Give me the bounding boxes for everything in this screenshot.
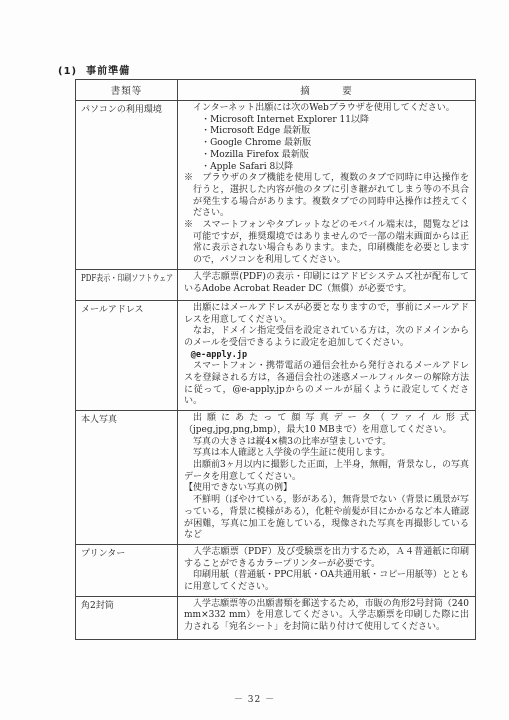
- row-label-cell: 本人写真: [76, 411, 178, 545]
- content-paragraph: ・Mozilla Firefox 最新版: [184, 150, 469, 162]
- table-header-summary: 摘 要: [178, 80, 476, 101]
- table-row: 角2封筒入学志願票等の出願書類を郵送するため，市販の角形2号封筒（240 mm×…: [76, 596, 476, 639]
- content-paragraph: インターネット出願には次のWebブラウザを使用してください。: [184, 103, 469, 115]
- content-paragraph: 入学志願票等の出願書類を郵送するため，市販の角形2号封筒（240 mm×332 …: [184, 599, 469, 634]
- row-content-cell: インターネット出願には次のWebブラウザを使用してください。・Microsoft…: [178, 101, 476, 270]
- row-label-cell: メールアドレス: [76, 300, 178, 410]
- row-content-cell: 出願にはメールアドレスが必要となりますので，事前にメールアドレスを用意してくださ…: [178, 300, 476, 410]
- section-number: (1): [58, 66, 77, 77]
- row-label-cell: パソコンの利用環境: [76, 101, 178, 270]
- section-title: 事前準備: [86, 66, 130, 77]
- table-header-row: 書類等 摘 要: [76, 80, 476, 101]
- content-paragraph: ・Microsoft Internet Explorer 11以降: [184, 115, 469, 127]
- row-content-cell: 出願にあたって顔写真データ（ファイル形式（jpeg,jpg,png,bmp），最…: [178, 411, 476, 545]
- row-label-cell: プリンター: [76, 544, 178, 596]
- content-paragraph: 出願にあたって顔写真データ（ファイル形式（jpeg,jpg,png,bmp），最…: [184, 413, 469, 436]
- row-label: プリンター: [81, 549, 125, 561]
- content-paragraph: @e-apply.jp: [184, 350, 469, 362]
- footer-page-number: － 32 －: [0, 692, 509, 705]
- content-paragraph: ※ ブラウザのタブ機能を使用して，複数のタブで同時に申込操作を行うと，選択した内…: [184, 173, 469, 220]
- content-paragraph: ・Microsoft Edge 最新版: [184, 126, 469, 138]
- content-paragraph: 写真は本人確認と入学後の学生証に使用します。: [184, 448, 469, 460]
- content-paragraph: 入学志願票（PDF）及び受験票を出力するため，Ａ４普通紙に印刷することができるカ…: [184, 547, 469, 570]
- row-content-cell: 入学志願票等の出願書類を郵送するため，市販の角形2号封筒（240 mm×332 …: [178, 596, 476, 639]
- table-body: パソコンの利用環境インターネット出願には次のWebブラウザを使用してください。・…: [76, 101, 476, 640]
- content-paragraph: ・Apple Safari 8以降: [184, 162, 469, 174]
- table-header-documents: 書類等: [76, 80, 178, 101]
- content-paragraph: 出願にはメールアドレスが必要となりますので，事前にメールアドレスを用意してくださ…: [184, 303, 469, 326]
- table-row: プリンター入学志願票（PDF）及び受験票を出力するため，Ａ４普通紙に印刷すること…: [76, 544, 476, 596]
- content-paragraph: なお，ドメイン指定受信を設定されている方は，次のドメインからのメールを受信できる…: [184, 326, 469, 349]
- row-content-cell: 入学志願票（PDF）及び受験票を出力するため，Ａ４普通紙に印刷することができるカ…: [178, 544, 476, 596]
- section-heading: (1)事前準備: [58, 62, 130, 77]
- content-paragraph: 出願前3ヶ月以内に撮影した正面，上半身，無帽，背景なし，の写真データを用意してく…: [184, 460, 469, 483]
- document-page: (1)事前準備 書類等 摘 要 パソコンの利用環境インターネット出願には次のWe…: [0, 0, 509, 720]
- row-label-cell: PDF表示・印刷ソフトウェア: [76, 269, 178, 300]
- preparation-table: 書類等 摘 要 パソコンの利用環境インターネット出願には次のWebブラウザを使用…: [75, 79, 476, 640]
- row-label: メールアドレス: [81, 305, 144, 317]
- row-label: 角2封筒: [81, 601, 114, 613]
- content-paragraph: 印刷用紙（普通紙・PPC用紙・OA共通用紙・コピー用紙等）とともに用意してくださ…: [184, 570, 469, 593]
- table-row: PDF表示・印刷ソフトウェア入学志願票(PDF)の表示・印刷にはアドビシステムズ…: [76, 269, 476, 300]
- table-row: メールアドレス出願にはメールアドレスが必要となりますので，事前にメールアドレスを…: [76, 300, 476, 410]
- row-label-cell: 角2封筒: [76, 596, 178, 639]
- content-paragraph: 不鮮明（ぼやけている，影がある），無背景でない（背景に風景が写っている，背景に模…: [184, 495, 469, 542]
- table-row: パソコンの利用環境インターネット出願には次のWebブラウザを使用してください。・…: [76, 101, 476, 270]
- content-paragraph: 【使用できない写真の例】: [184, 483, 469, 495]
- content-paragraph: ・Google Chrome 最新版: [184, 138, 469, 150]
- row-content-cell: 入学志願票(PDF)の表示・印刷にはアドビシステムズ社が配布しているAdobe …: [178, 269, 476, 300]
- content-paragraph: 入学志願票(PDF)の表示・印刷にはアドビシステムズ社が配布しているAdobe …: [184, 272, 469, 295]
- content-paragraph: スマートフォン・携帯電話の通信会社から発行されるメールアドレスを登録される方は，…: [184, 361, 469, 408]
- content-paragraph: ※ スマートフォンやタブレットなどのモバイル端末は，閲覧などは可能ですが，推奨環…: [184, 220, 469, 267]
- table-row: 本人写真出願にあたって顔写真データ（ファイル形式（jpeg,jpg,png,bm…: [76, 411, 476, 545]
- row-label: PDF表示・印刷ソフトウェア: [81, 274, 173, 286]
- row-label: 本人写真: [81, 415, 117, 427]
- row-label: パソコンの利用環境: [81, 105, 162, 117]
- content-paragraph: 写真の大きさは縦4×横3の比率が望ましいです。: [184, 437, 469, 449]
